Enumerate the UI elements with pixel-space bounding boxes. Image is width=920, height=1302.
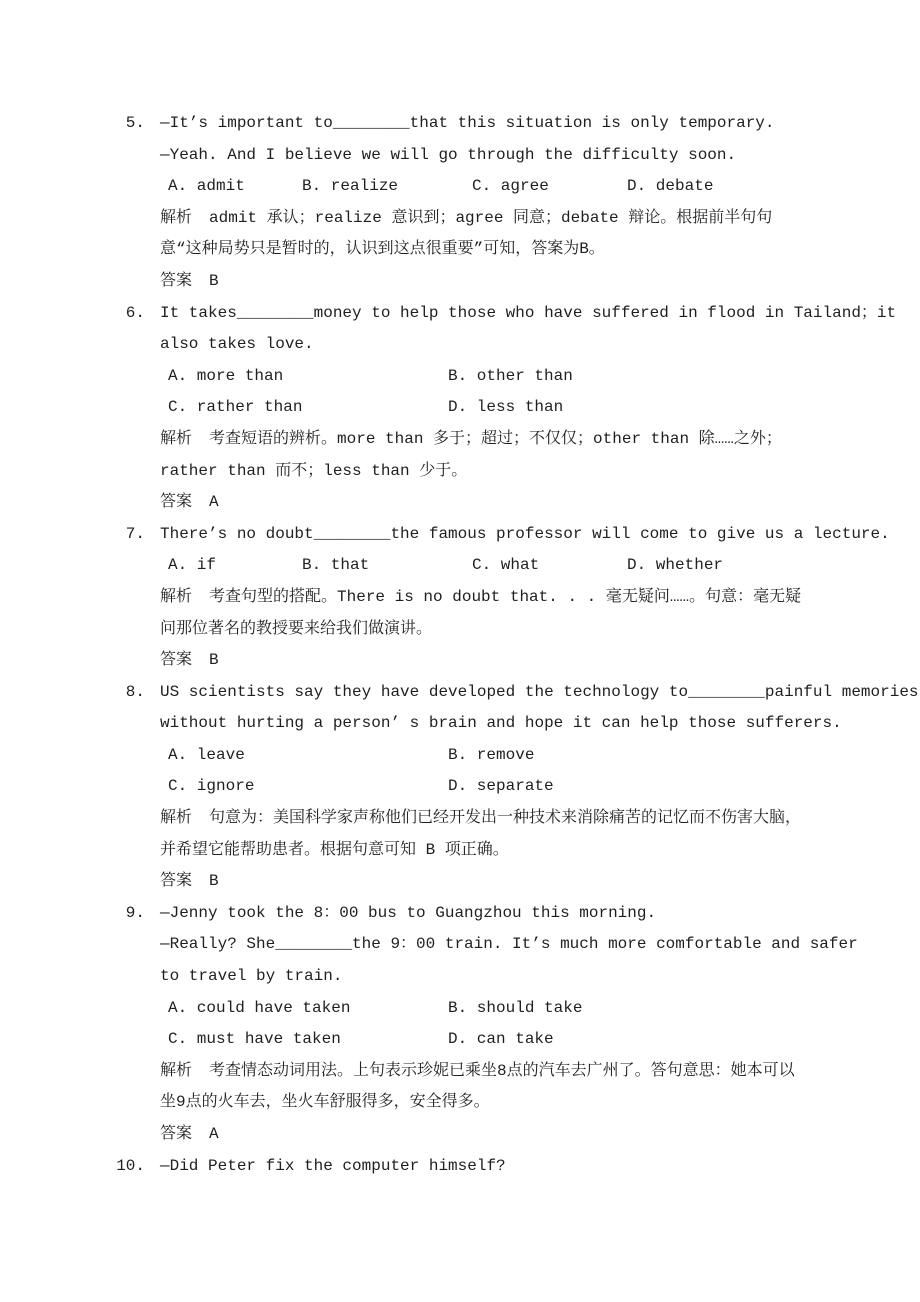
question-stem-line: 8.US scientists say they have developed … [160,677,920,709]
question-stem-line: without hurting a person’ s brain and ho… [160,708,920,740]
option-b: B. should take [448,993,582,1025]
answer-row: 答案A [160,487,920,519]
question-list: 5.—It’s important to________that this si… [128,108,920,1182]
question-stem-text: It takes________money to help those who … [160,304,896,322]
option-d: D. whether [627,550,723,582]
answer-label: 答案 [160,493,192,511]
option-row: A. could have takenB. should take [160,993,920,1025]
option-d: D. can take [448,1024,554,1056]
answer-value: B [209,272,219,290]
question-stem-text: to travel by train. [160,967,342,985]
analysis-text: 句意为：美国科学家声称他们已经开发出一种技术来消除痛苦的记忆而不伤害大脑，并希望… [160,809,801,859]
option-b: B. remove [448,740,534,772]
question-stem-line: —Yeah. And I believe we will go through … [160,140,920,172]
question-number: 8. [126,677,145,709]
answer-value: B [209,651,219,669]
analysis-row: 解析admit 承认；realize 意识到；agree 同意；debate 辩… [160,203,810,266]
analysis-row: 解析考查短语的辨析。more than 多于；超过；不仅仅；other than… [160,424,810,487]
question-item: 6.It takes________money to help those wh… [160,298,920,519]
question-stem-text: US scientists say they have developed th… [160,683,919,701]
analysis-text: 考查句型的搭配。There is no doubt that. . . 毫无疑问… [160,588,801,638]
answer-label: 答案 [160,651,192,669]
option-c: C. agree [472,171,627,203]
question-stem-text: There’s no doubt________the famous profe… [160,525,890,543]
option-a: A. more than [168,361,448,393]
answer-row: 答案B [160,266,920,298]
answer-row: 答案B [160,645,920,677]
option-d: D. separate [448,771,554,803]
analysis-label: 解析 [160,588,192,606]
option-a: A. could have taken [168,993,448,1025]
question-item: 7.There’s no doubt________the famous pro… [160,519,920,677]
option-c: C. must have taken [168,1024,448,1056]
question-number: 6. [126,298,145,330]
question-stem-line: 6.It takes________money to help those wh… [160,298,920,330]
question-stem-text: —It’s important to________that this situ… [160,114,775,132]
question-stem-text: —Really? She________the 9：00 train. It’s… [160,935,858,953]
analysis-row: 解析考查句型的搭配。There is no doubt that. . . 毫无… [160,582,810,645]
option-c: C. rather than [168,392,448,424]
option-b: B. other than [448,361,573,393]
option-row: A. more thanB. other than [160,361,920,393]
analysis-label: 解析 [160,209,192,227]
option-b: B. that [302,550,472,582]
question-stem-line: 10.—Did Peter fix the computer himself? [160,1151,920,1183]
analysis-text: 考查情态动词用法。上句表示珍妮已乘坐8点的汽车去广州了。答句意思：她本可以坐9点… [160,1062,795,1112]
question-item: 5.—It’s important to________that this si… [160,108,920,298]
option-row: A. ifB. thatC. whatD. whether [160,550,920,582]
question-stem-text: —Jenny took the 8：00 bus to Guangzhou th… [160,904,656,922]
answer-value: A [209,1125,219,1143]
question-item: 8.US scientists say they have developed … [160,677,920,898]
question-item: 10.—Did Peter fix the computer himself? [160,1151,920,1183]
answer-value: A [209,493,219,511]
option-d: D. less than [448,392,563,424]
answer-label: 答案 [160,1125,192,1143]
option-row: A. leaveB. remove [160,740,920,772]
question-number: 5. [126,108,145,140]
option-d: D. debate [627,171,713,203]
option-row: C. ignoreD. separate [160,771,920,803]
question-number: 10. [116,1151,145,1183]
question-stem-line: 5.—It’s important to________that this si… [160,108,920,140]
question-stem-line: —Really? She________the 9：00 train. It’s… [160,929,920,961]
answer-label: 答案 [160,272,192,290]
question-stem-line: 9.—Jenny took the 8：00 bus to Guangzhou … [160,898,920,930]
option-row: A. admitB. realizeC. agreeD. debate [160,171,920,203]
question-stem-text: —Yeah. And I believe we will go through … [160,146,736,164]
option-row: C. rather thanD. less than [160,392,920,424]
analysis-label: 解析 [160,809,192,827]
option-a: A. if [168,550,302,582]
analysis-text: admit 承认；realize 意识到；agree 同意；debate 辩论。… [160,209,772,259]
option-a: A. admit [168,171,302,203]
answer-row: 答案A [160,1119,920,1151]
question-stem-text: also takes love. [160,335,314,353]
answer-value: B [209,872,219,890]
option-c: C. ignore [168,771,448,803]
exam-page: 5.—It’s important to________that this si… [128,108,920,1182]
question-stem-text: —Did Peter fix the computer himself? [160,1157,506,1175]
question-item: 9.—Jenny took the 8：00 bus to Guangzhou … [160,898,920,1151]
analysis-row: 解析句意为：美国科学家声称他们已经开发出一种技术来消除痛苦的记忆而不伤害大脑，并… [160,803,810,866]
option-b: B. realize [302,171,472,203]
answer-row: 答案B [160,866,920,898]
analysis-label: 解析 [160,1062,192,1080]
option-row: C. must have takenD. can take [160,1024,920,1056]
question-stem-line: to travel by train. [160,961,920,993]
question-number: 7. [126,519,145,551]
analysis-text: 考查短语的辨析。more than 多于；超过；不仅仅；other than 除… [160,430,782,480]
question-stem-text: without hurting a person’ s brain and ho… [160,714,842,732]
answer-label: 答案 [160,872,192,890]
question-stem-line: 7.There’s no doubt________the famous pro… [160,519,920,551]
question-number: 9. [126,898,145,930]
question-stem-line: also takes love. [160,329,920,361]
option-c: C. what [472,550,627,582]
analysis-row: 解析考查情态动词用法。上句表示珍妮已乘坐8点的汽车去广州了。答句意思：她本可以坐… [160,1056,810,1119]
analysis-label: 解析 [160,430,192,448]
option-a: A. leave [168,740,448,772]
